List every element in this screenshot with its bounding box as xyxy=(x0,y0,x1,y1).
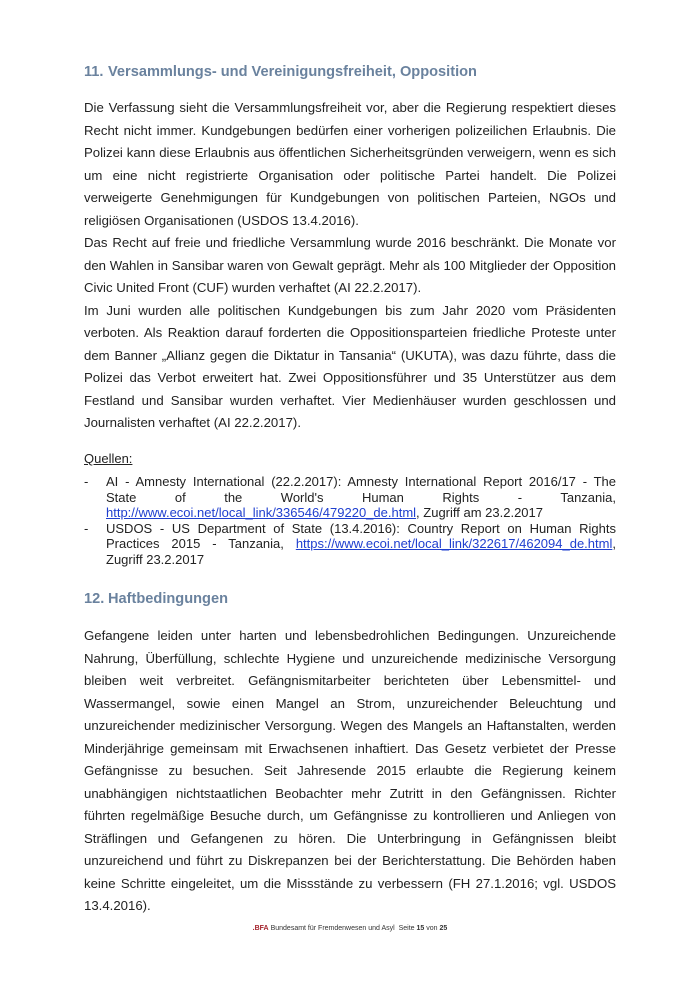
section-11-number: 11. xyxy=(84,64,108,80)
section-12-number: 12. xyxy=(84,591,108,607)
footer-page-current: 15 xyxy=(417,925,425,932)
source-ai-link[interactable]: http://www.ecoi.net/local_link/336546/47… xyxy=(106,505,416,520)
section-11-heading: 11.Versammlungs- und Vereinigungsfreihei… xyxy=(84,64,477,80)
section-12-paragraph-1: Gefangene leiden unter harten und lebens… xyxy=(84,625,616,918)
list-bullet: - xyxy=(84,521,88,537)
page-footer: .BFA Bundesamt für Fremdenwesen und Asyl… xyxy=(0,925,700,932)
section-11-body: Die Verfassung sieht die Versammlungsfre… xyxy=(84,97,616,435)
bfa-logo: .BFA xyxy=(253,925,269,932)
footer-page-of: von xyxy=(426,925,437,932)
source-item-usdos: - USDOS - US Department of State (13.4.2… xyxy=(84,521,616,568)
source-ai-access: , Zugriff am 23.2.2017 xyxy=(416,505,543,520)
section-11-paragraph-1: Die Verfassung sieht die Versammlungsfre… xyxy=(84,97,616,232)
source-item-ai: - AI - Amnesty International (22.2.2017)… xyxy=(84,474,616,521)
sources-label: Quellen: xyxy=(84,451,132,466)
section-12-body: Gefangene leiden unter harten und lebens… xyxy=(84,625,616,918)
section-12-title: Haftbedingungen xyxy=(108,591,228,607)
section-11-paragraph-3: Im Juni wurden alle politischen Kundgebu… xyxy=(84,300,616,435)
source-usdos-link[interactable]: https://www.ecoi.net/local_link/322617/4… xyxy=(296,536,613,551)
footer-org: Bundesamt für Fremdenwesen und Asyl xyxy=(271,925,395,932)
section-12-heading: 12.Haftbedingungen xyxy=(84,591,228,607)
section-11-paragraph-2: Das Recht auf freie und friedliche Versa… xyxy=(84,232,616,300)
sources-list: - AI - Amnesty International (22.2.2017)… xyxy=(84,474,616,568)
section-11-title: Versammlungs- und Vereinigungsfreiheit, … xyxy=(108,64,477,80)
footer-page-total: 25 xyxy=(440,925,448,932)
footer-page-label: Seite xyxy=(399,925,415,932)
source-ai-citation: AI - Amnesty International (22.2.2017): … xyxy=(106,474,616,505)
list-bullet: - xyxy=(84,474,88,490)
